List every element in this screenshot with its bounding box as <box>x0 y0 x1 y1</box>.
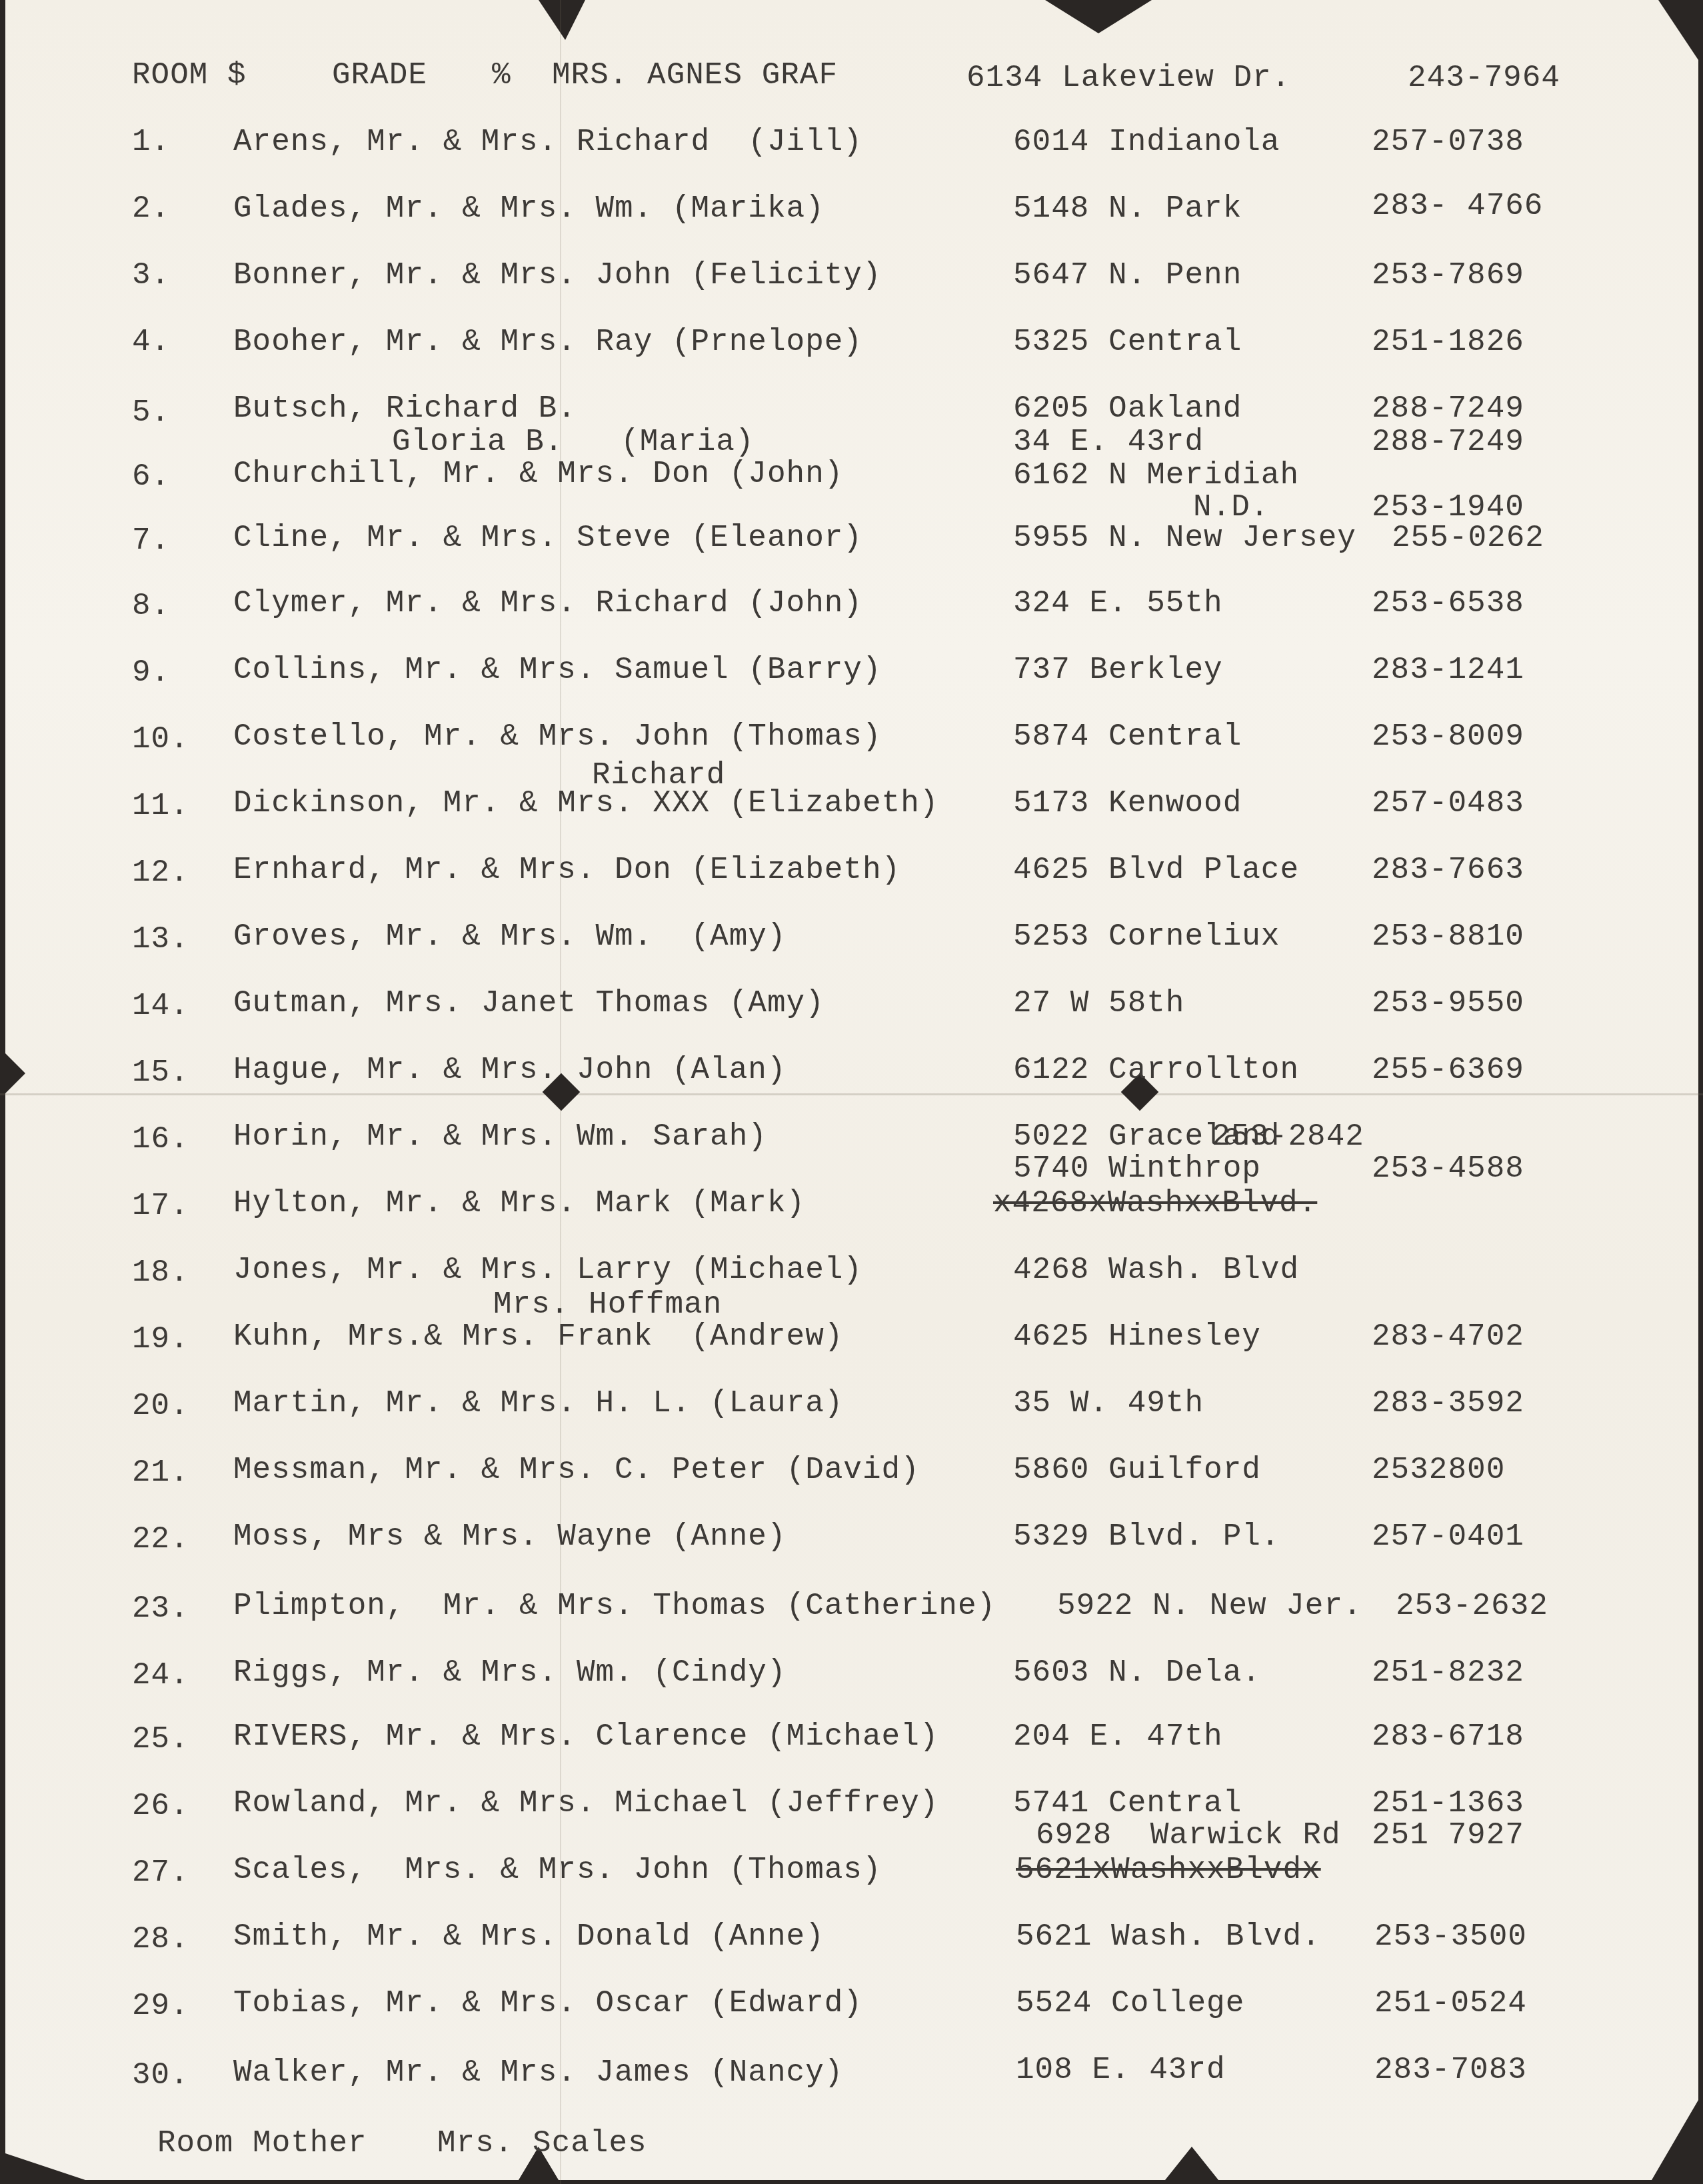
header-address: 6134 Lakeview Dr. <box>966 61 1290 95</box>
header-grade: GRADE <box>332 59 427 92</box>
row-number: 3. <box>132 259 170 292</box>
row-phone-second: 288-7249 <box>1372 425 1524 459</box>
row-name: Scales, Mrs. & Mrs. John (Thomas) <box>233 1853 882 1887</box>
header-room: ROOM $ <box>132 59 247 92</box>
row-name: Booher, Mr. & Mrs. Ray (Prnelope) <box>233 325 862 359</box>
row-address-second: 34 E. 43rd <box>1013 425 1204 459</box>
header-teacher: MRS. AGNES GRAF <box>552 59 838 92</box>
row-number: 21. <box>132 1456 189 1489</box>
row-phone: 255-0262 <box>1392 521 1544 555</box>
row-address: 6162 N Meridiah <box>1013 459 1299 492</box>
row-number: 6. <box>132 460 170 493</box>
row-number: 9. <box>132 656 170 689</box>
row-address: 35 W. 49th <box>1013 1387 1204 1420</box>
row-name: Horin, Mr. & Mrs. Wm. Sarah) <box>233 1120 767 1153</box>
row-number: 22. <box>132 1523 189 1556</box>
row-name-second-line: Gloria B. (Maria) <box>392 425 755 459</box>
row-number: 23. <box>132 1592 189 1625</box>
row-name: Smith, Mr. & Mrs. Donald (Anne) <box>233 1920 825 1953</box>
row-phone: 253-2842 <box>1212 1120 1364 1153</box>
row-address-second: 5740 Winthrop <box>1013 1152 1261 1185</box>
row-phone-second: 253-1940 <box>1372 491 1524 524</box>
row-phone: 253-8810 <box>1372 920 1524 953</box>
row-name: Churchill, Mr. & Mrs. Don (John) <box>233 457 843 491</box>
row-address: 5325 Central <box>1013 325 1242 359</box>
row-number: 15. <box>132 1056 189 1089</box>
row-phone: 253-3500 <box>1374 1920 1527 1953</box>
horizontal-fold-crease <box>0 1093 1703 1095</box>
row-address-second: N.D. <box>1193 491 1269 524</box>
row-name: Clymer, Mr. & Mrs. Richard (John) <box>233 587 862 620</box>
row-name: Hague, Mr. & Mrs. John (Alan) <box>233 1053 787 1087</box>
row-address: 27 W 58th <box>1013 987 1184 1020</box>
row-phone: 283-1241 <box>1372 653 1524 687</box>
row-phone: 283-7083 <box>1374 2053 1527 2087</box>
row-phone: 2532800 <box>1372 1453 1505 1487</box>
row-name: Riggs, Mr. & Mrs. Wm. (Cindy) <box>233 1656 787 1689</box>
footer-room-mother-label: Room Mother <box>157 2127 367 2160</box>
row-address-second: 6928 Warwick Rd <box>1036 1819 1341 1852</box>
row-phone: 283-4702 <box>1372 1320 1524 1353</box>
row-number: 16. <box>132 1123 189 1156</box>
row-number: 14. <box>132 989 189 1023</box>
row-name: Moss, Mrs & Mrs. Wayne (Anne) <box>233 1520 787 1553</box>
row-name: Walker, Mr. & Mrs. James (Nancy) <box>233 2056 843 2089</box>
row-name-insertion: Mrs. Hoffman <box>493 1288 722 1321</box>
row-phone: 283-7663 <box>1372 853 1524 887</box>
row-phone: 283- 4766 <box>1372 189 1543 223</box>
row-name: Costello, Mr. & Mrs. John (Thomas) <box>233 720 882 753</box>
row-phone: 251-1826 <box>1372 325 1524 359</box>
row-name: Collins, Mr. & Mrs. Samuel (Barry) <box>233 653 882 687</box>
row-phone: 253-9550 <box>1372 987 1524 1020</box>
row-address-struck-out: x4268xWashxxBlvd. <box>993 1187 1317 1220</box>
row-number: 4. <box>132 325 170 359</box>
row-address: 5955 N. New Jersey <box>1013 521 1356 555</box>
row-phone: 251-0524 <box>1374 1987 1527 2020</box>
row-address: 6205 Oakland <box>1013 392 1242 425</box>
row-phone: 257-0483 <box>1372 787 1524 820</box>
row-address: 108 E. 43rd <box>1016 2053 1226 2087</box>
row-name: Gutman, Mrs. Janet Thomas (Amy) <box>233 987 825 1020</box>
row-name: Kuhn, Mrs.& Mrs. Frank (Andrew) <box>233 1320 843 1353</box>
row-number: 12. <box>132 856 189 889</box>
row-number: 27. <box>132 1856 189 1889</box>
row-phone-second: 253-4588 <box>1372 1152 1524 1185</box>
row-phone-second: 251 7927 <box>1372 1819 1524 1852</box>
row-address: 5173 Kenwood <box>1013 787 1242 820</box>
row-address: 5621 Wash. Blvd. <box>1016 1920 1321 1953</box>
row-address: 5922 N. New Jer. <box>1057 1589 1362 1623</box>
row-address-struck-out: 5621xWashxxBlvdx <box>1016 1853 1321 1887</box>
row-address: 4268 Wash. Blvd <box>1013 1253 1299 1287</box>
row-phone: 253-8009 <box>1372 720 1524 753</box>
row-phone: 257-0738 <box>1372 125 1524 159</box>
row-phone: 253-7869 <box>1372 259 1524 292</box>
row-address: 5524 College <box>1016 1987 1244 2020</box>
row-phone: 251-8232 <box>1372 1656 1524 1689</box>
row-number: 30. <box>132 2059 189 2092</box>
row-name: Butsch, Richard B. <box>233 392 577 425</box>
row-address: 5741 Central <box>1013 1787 1242 1820</box>
row-number: 29. <box>132 1989 189 2023</box>
row-number: 17. <box>132 1189 189 1223</box>
row-address: 4625 Blvd Place <box>1013 853 1299 887</box>
header-phone: 243-7964 <box>1408 61 1560 95</box>
row-number: 8. <box>132 589 170 623</box>
row-address: 5148 N. Park <box>1013 192 1242 225</box>
row-phone: 288-7249 <box>1372 392 1524 425</box>
row-phone: 255-6369 <box>1372 1053 1524 1087</box>
row-address: 5860 Guilford <box>1013 1453 1261 1487</box>
row-name: Messman, Mr. & Mrs. C. Peter (David) <box>233 1453 920 1487</box>
row-name: Tobias, Mr. & Mrs. Oscar (Edward) <box>233 1987 862 2020</box>
row-address: 5253 Corneliux <box>1013 920 1280 953</box>
row-name: Arens, Mr. & Mrs. Richard (Jill) <box>233 125 862 159</box>
row-number: 20. <box>132 1389 189 1423</box>
row-address: 204 E. 47th <box>1013 1720 1223 1753</box>
row-address: 6122 Carrollton <box>1013 1053 1299 1087</box>
row-name: Martin, Mr. & Mrs. H. L. (Laura) <box>233 1387 843 1420</box>
row-number: 1. <box>132 125 170 159</box>
row-phone: 283-3592 <box>1372 1387 1524 1420</box>
header-percent: % <box>492 59 511 92</box>
row-address: 6014 Indianola <box>1013 125 1280 159</box>
row-number: 19. <box>132 1323 189 1356</box>
row-number: 10. <box>132 723 189 756</box>
row-number: 13. <box>132 923 189 956</box>
row-address: 4625 Hinesley <box>1013 1320 1261 1353</box>
row-name: Hylton, Mr. & Mrs. Mark (Mark) <box>233 1187 805 1220</box>
row-phone: 253-2632 <box>1396 1589 1548 1623</box>
row-number: 26. <box>132 1789 189 1823</box>
row-address: 5874 Central <box>1013 720 1242 753</box>
row-number: 5. <box>132 396 170 429</box>
footer-room-mother-name: Mrs. Scales <box>437 2127 647 2160</box>
row-phone: 253-6538 <box>1372 587 1524 620</box>
row-address: 5329 Blvd. Pl. <box>1013 1520 1280 1553</box>
row-phone: 251-1363 <box>1372 1787 1524 1820</box>
row-phone: 257-0401 <box>1372 1520 1524 1553</box>
row-name: Groves, Mr. & Mrs. Wm. (Amy) <box>233 920 787 953</box>
row-name: Dickinson, Mr. & Mrs. XXX (Elizabeth) <box>233 787 938 820</box>
row-address: 324 E. 55th <box>1013 587 1223 620</box>
row-address: 5603 N. Dela. <box>1013 1656 1261 1689</box>
row-name: Rowland, Mr. & Mrs. Michael (Jeffrey) <box>233 1787 938 1820</box>
row-number: 11. <box>132 789 189 823</box>
row-number: 24. <box>132 1659 189 1692</box>
row-number: 2. <box>132 192 170 225</box>
row-name: Ernhard, Mr. & Mrs. Don (Elizabeth) <box>233 853 900 887</box>
row-address: 737 Berkley <box>1013 653 1223 687</box>
row-number: 7. <box>132 524 170 557</box>
row-number: 28. <box>132 1923 189 1956</box>
row-name: RIVERS, Mr. & Mrs. Clarence (Michael) <box>233 1720 938 1753</box>
row-address: 5647 N. Penn <box>1013 259 1242 292</box>
row-number: 25. <box>132 1723 189 1756</box>
row-name: Jones, Mr. & Mrs. Larry (Michael) <box>233 1253 862 1287</box>
row-phone: 283-6718 <box>1372 1720 1524 1753</box>
row-name: Cline, Mr. & Mrs. Steve (Eleanor) <box>233 521 862 555</box>
row-name: Bonner, Mr. & Mrs. John (Felicity) <box>233 259 882 292</box>
row-name: Glades, Mr. & Mrs. Wm. (Marika) <box>233 192 825 225</box>
row-name: Plimpton, Mr. & Mrs. Thomas (Catherine) <box>233 1589 996 1623</box>
row-number: 18. <box>132 1256 189 1289</box>
